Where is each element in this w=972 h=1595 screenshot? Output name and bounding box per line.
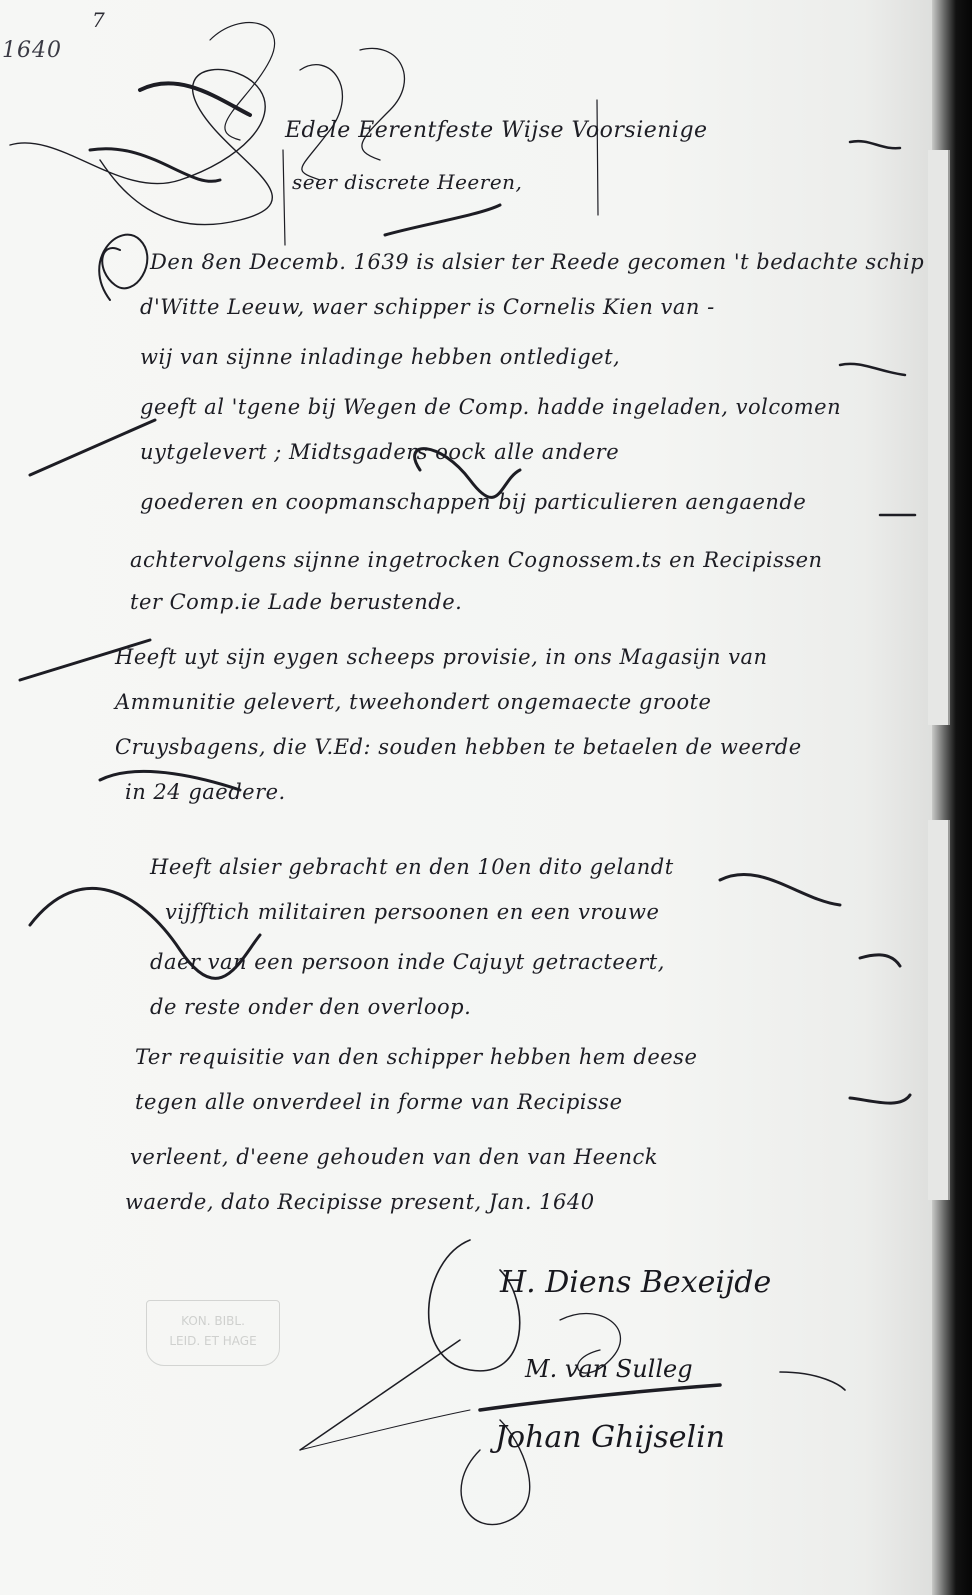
text-line: ter Comp.ie Lade berustende. [130, 590, 462, 614]
paper-fold-tab [928, 150, 950, 245]
text-line: vijfftich militairen persoonen en een vr… [165, 900, 659, 924]
text-line: uytgelevert ; Midtsgaders oock alle ande… [140, 440, 619, 464]
text-line: Heeft uyt sijn eygen scheeps provisie, i… [115, 645, 768, 669]
margin-folio-mark: 7 [92, 8, 105, 32]
text-line: d'Witte Leeuw, waer schipper is Cornelis… [140, 295, 715, 319]
text-line: de reste onder den overloop. [150, 995, 471, 1019]
signature-1: H. Diens Bexeijde [500, 1265, 771, 1300]
text-line: Ter requisitie van den schipper hebben h… [135, 1045, 697, 1069]
salutation-line-2: seer discrete Heeren, [292, 170, 522, 194]
text-line: goederen en coopmanschappen bij particul… [140, 490, 806, 514]
stamp-line-1: KON. BIBL. [147, 1311, 279, 1331]
salutation-line-1: Edele Eerentfeste Wijse Voorsienige [285, 118, 708, 143]
signature-2: M. van Sulleg [525, 1355, 693, 1383]
stamp-line-2: LEID. ET HAGE [147, 1331, 279, 1351]
text-line: wij van sijnne inladinge hebben ontledig… [140, 345, 620, 369]
text-line: in 24 gaedere. [125, 780, 286, 804]
text-line: daer van een persoon inde Cajuyt getract… [150, 950, 665, 974]
text-line: verleent, d'eene gehouden van den van He… [130, 1145, 658, 1169]
paper-fold-tab [928, 820, 950, 1200]
text-line: tegen alle onverdeel in forme van Recipi… [135, 1090, 623, 1114]
text-line: Heeft alsier gebracht en den 10en dito g… [150, 855, 674, 879]
text-line: Cruysbagens, die V.Ed: souden hebben te … [115, 735, 802, 759]
paper-fold-tab [928, 485, 950, 725]
text-line: Ammunitie gelevert, tweehondert ongemaec… [115, 690, 711, 714]
text-line: Den 8en Decemb. 1639 is alsier ter Reede… [150, 250, 924, 274]
text-line: geeft al 'tgene bij Wegen de Comp. hadde… [140, 395, 841, 419]
margin-year-note: 1640 [2, 38, 62, 63]
text-line: waerde, dato Recipisse present, Jan. 164… [125, 1190, 595, 1214]
paper-fold-tab [928, 245, 950, 485]
text-line: achtervolgens sijnne ingetrocken Cognoss… [130, 548, 823, 572]
library-stamp: KON. BIBL. LEID. ET HAGE [146, 1300, 280, 1366]
signature-3: Johan Ghijselin [495, 1420, 725, 1455]
